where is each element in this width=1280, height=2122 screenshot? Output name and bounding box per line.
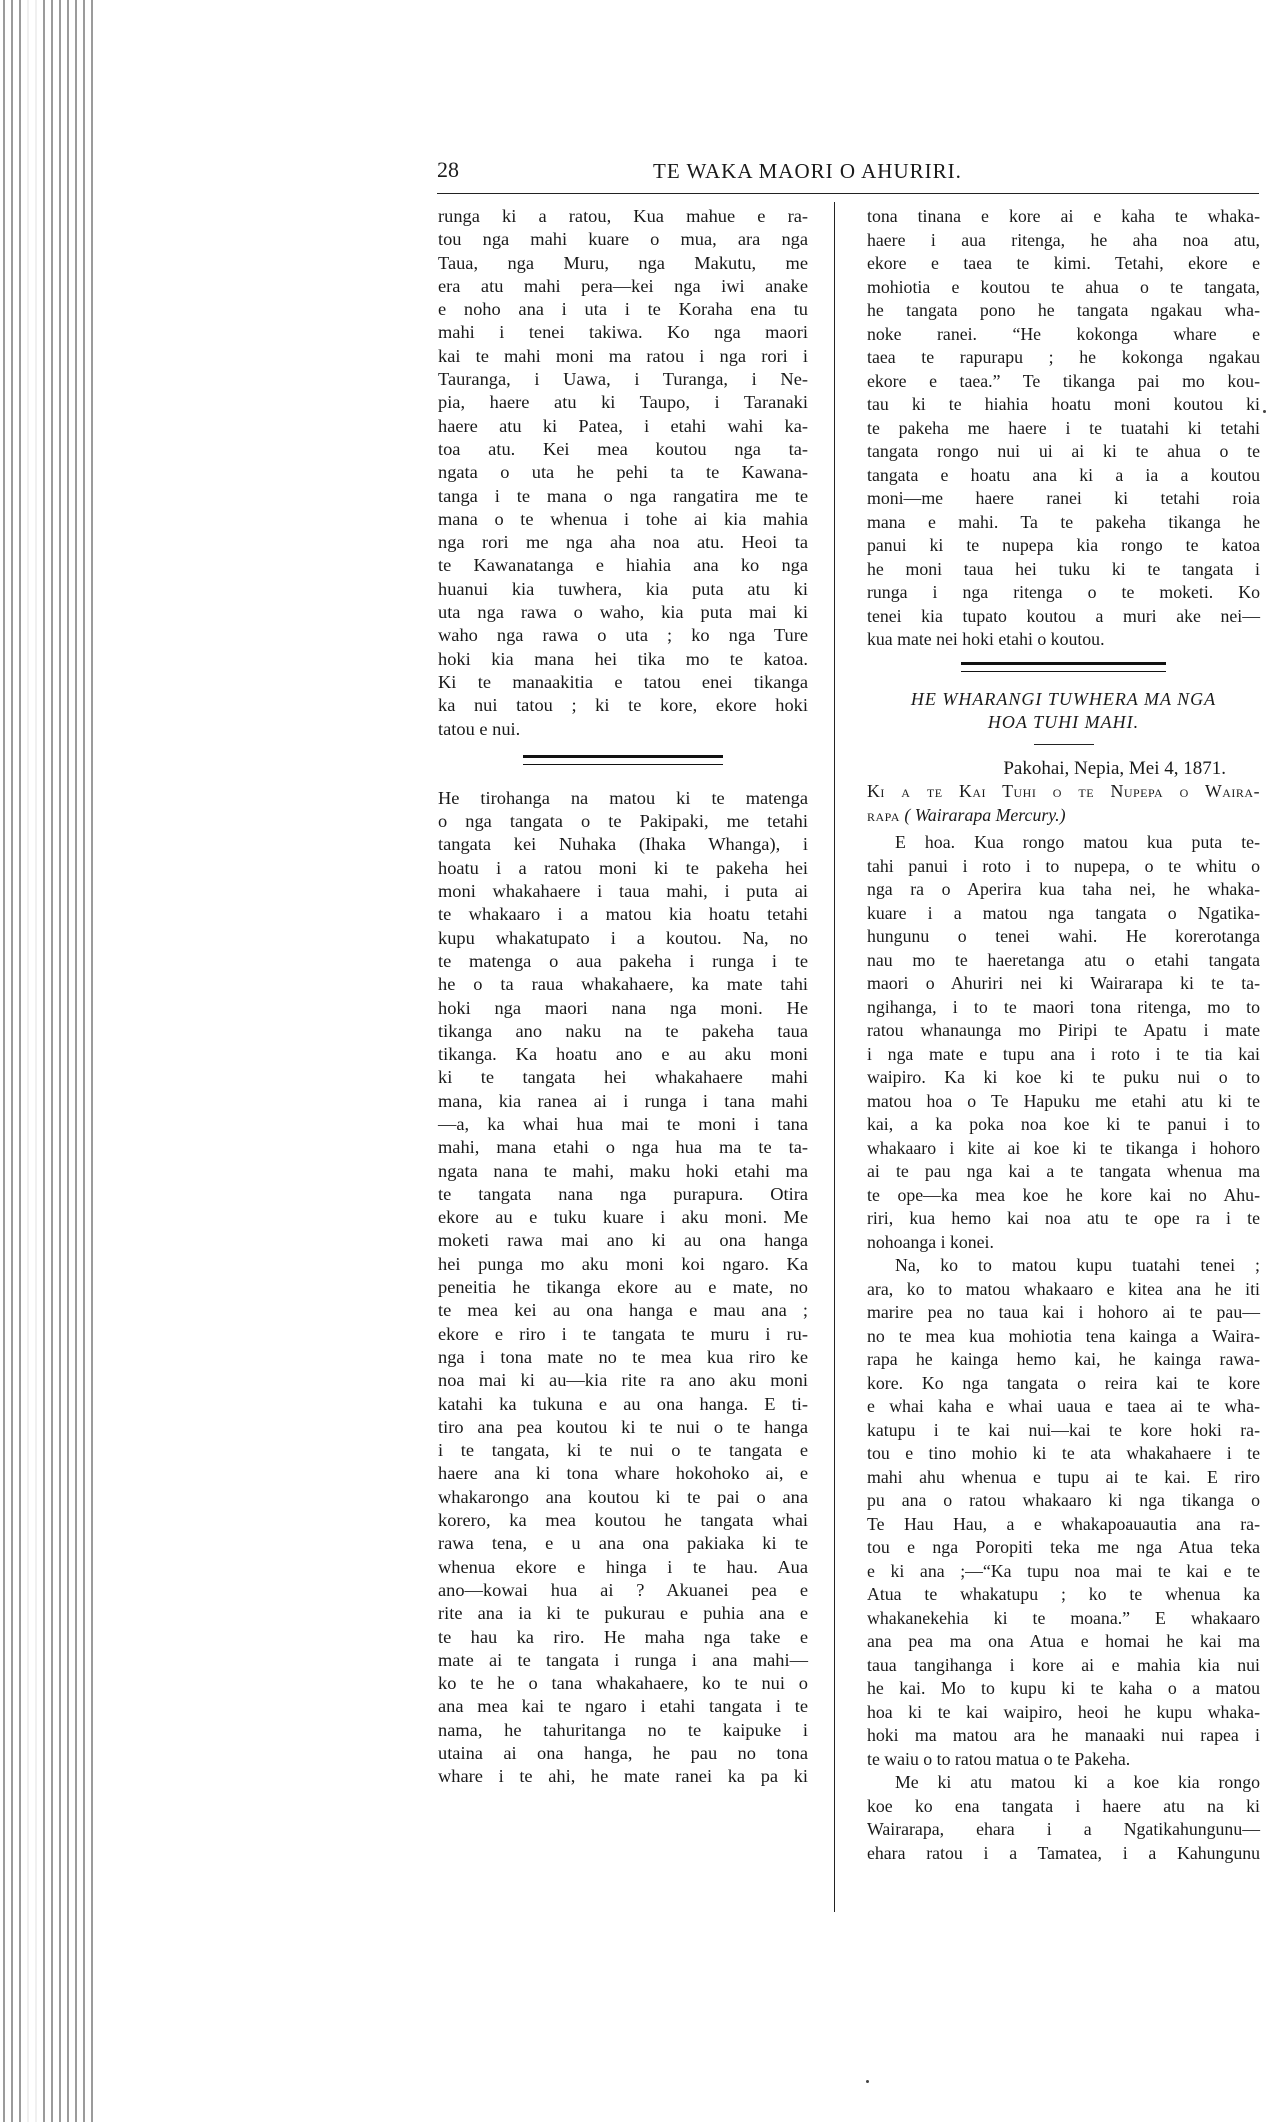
text-line: whakarongo ana koutou ki te pai o ana [438,1486,808,1509]
text-line: hoa ki te kai waipiro, heoi he kupu whak… [867,1701,1260,1725]
text-line: tangata rongo nui ui ai ki te ahua o te [867,440,1260,464]
text-line: ai te pau nga kai a te tangata whenua ma [867,1160,1260,1184]
text-line: runga ki a ratou, Kua mahue e ra- [438,205,808,228]
text-line: ratou whanaunga mo Piripi te Apatu i mat… [867,1019,1260,1043]
text-line: mate ai te tangata i runga i ana mahi— [438,1649,808,1672]
text-line: tikanga ano naku na te pakeha taua [438,1020,808,1043]
text-line: te waiu o to ratou matua o te Pakeha. [867,1748,1260,1772]
text-line: whakanekehia ki te moana.” E whakaaro [867,1607,1260,1631]
text-line: he kai. Mo to kupu ki te kaha o a matou [867,1677,1260,1701]
text-line: te pakeha me haere i te tuatahi ki tetah… [867,417,1260,441]
text-line: korero, ka mea koutou he tangata whai [438,1509,808,1532]
text-line: pia, haere atu ki Taupo, i Taranaki [438,391,808,414]
text-line: tahi panui i roto i to nupepa, o te whit… [867,855,1260,879]
text-line: kuare i a matou nga tangata o Ngatika- [867,902,1260,926]
text-line: E hoa. Kua rongo matou kua puta te- [867,831,1260,855]
article-separator [961,662,1166,672]
text-line: nga rori me nga aha noa atu. Heoi ta [438,531,808,554]
text-line: ekore e taea.” Te tikanga pai mo kou- [867,370,1260,394]
text-line: ngata nana te mahi, maku hoki etahi ma [438,1160,808,1183]
text-line: runga i nga ritenga o te moketi. Ko [867,581,1260,605]
text-line: moni—me haere ranei ki tetahi roia [867,487,1260,511]
article-roads: runga ki a ratou, Kua mahue e ra-tou nga… [438,205,808,741]
address-caps: rapa [867,805,900,825]
text-line: ana pea ma ona Atua e homai he kai ma [867,1630,1260,1654]
letter-paragraph-2: Na, ko to matou kupu tuatahi tenei ;ara,… [867,1254,1260,1771]
text-line: kai, a ka poka noa koe ki te panui i to [867,1113,1260,1137]
text-line: Tauranga, i Uawa, i Turanga, i Ne- [438,368,808,391]
letter-address-line-2: rapa ( Wairarapa Mercury.) [867,804,1260,828]
text-line: matou hoa o Te Hapuku me etahi atu ki te [867,1090,1260,1114]
text-line: mana, kia ranea ai i runga i tana mahi [438,1090,808,1113]
letter-paragraph-3: Me ki atu matou ki a koe kia rongokoe ko… [867,1771,1260,1865]
text-line: Na, ko to matou kupu tuatahi tenei ; [867,1254,1260,1278]
text-line: o nga tangata o te Pakipaki, me tetahi [438,810,808,833]
text-line: mahi, mana etahi o nga hua ma te ta- [438,1136,808,1159]
text-line: nga ra o Aperira kua taha nei, he whaka- [867,878,1260,902]
text-line: nohoanga i konei. [867,1231,1260,1255]
text-line: haere i aua ritenga, he aha noa atu, [867,229,1260,253]
text-line: tatou e nui. [438,718,808,741]
text-line: kai te mahi moni ma ratou i nga rori i [438,345,808,368]
text-line: te mea kei au ona hanga e mau ana ; [438,1299,808,1322]
text-line: panui ki te nupepa kia rongo te katoa [867,534,1260,558]
text-line: hoki ma matou ara he manaaki nui rapea i [867,1724,1260,1748]
text-line: tou nga mahi kuare o mua, ara nga [438,228,808,251]
text-line: marire pea no taua kai i hohoro ai te pa… [867,1301,1260,1325]
text-line: te matenga o aua pakeha i runga i te [438,950,808,973]
column-divider [834,202,835,1912]
text-line: moketi rawa mai ano ki au ona hanga [438,1229,808,1252]
text-line: kore. Ko nga tangata o reira kai te kore [867,1372,1260,1396]
text-line: Me ki atu matou ki a koe kia rongo [867,1771,1260,1795]
text-line: ngata o uta he pehi ta te Kawana- [438,461,808,484]
page-header: 28 TE WAKA MAORI O AHURIRI. [437,157,1259,197]
article-separator [523,755,723,765]
text-line: ehara ratou i a Tamatea, i a Kahungunu [867,1842,1260,1866]
left-column: runga ki a ratou, Kua mahue e ra-tou nga… [438,205,808,1789]
text-line: Te Hau Hau, a e whakapoauautia ana ra- [867,1513,1260,1537]
text-line: no te mea kua mohiotia tena kainga a Wai… [867,1325,1260,1349]
text-line: hungunu o tenei wahi. He korerotanga [867,925,1260,949]
text-line: mana e mahi. Ta te pakeha tikanga he [867,511,1260,535]
text-line: katupu i te kai nui—kai te kore hoki ra- [867,1419,1260,1443]
text-line: i te tangata, ki te nui o te tangata e [438,1439,808,1462]
text-line: Atua te whakatupu ; ko te whenua ka [867,1583,1260,1607]
text-line: e noho ana i uta i te Koraha ena tu [438,298,808,321]
text-line: mahi ahu whenua e tupu ai te kai. E riro [867,1466,1260,1490]
text-line: noke ranei. “He kokonga whare e [867,323,1260,347]
text-line: te whakaaro i a matou kia hoatu tetahi [438,903,808,926]
text-line: tou e nga Poropiti teka me nga Atua teka [867,1536,1260,1560]
text-line: ara, ko to matou whakaaro e kitea ana he… [867,1278,1260,1302]
text-line: mana o te whenua i tohe ai kia mahia [438,508,808,531]
text-line: uta nga rawa o waho, kia puta mai ki [438,601,808,624]
text-line: hei punga mo aku moni koi ngaro. Ka [438,1253,808,1276]
text-line: ekore au e tuku kuare i aku moni. Me [438,1206,808,1229]
text-line: Wairarapa, ehara i a Ngatikahungunu— [867,1818,1260,1842]
text-line: peneitia he tikanga ekore au e mate, no [438,1276,808,1299]
text-line: whare i te ahi, he mate ranei ka pa ki [438,1765,808,1788]
text-line: haere ana ki tona whare hokohoko ai, e [438,1462,808,1485]
text-line: he o ta raua whakahaere, ka mate tahi [438,973,808,996]
text-line: te Kawanatanga e hiahia ana ko nga [438,554,808,577]
text-line: nama, he tahuritanga no te kaipuke i [438,1719,808,1742]
heading-line-1: HE WHARANGI TUWHERA MA NGA [867,688,1260,711]
letters-section-heading: HE WHARANGI TUWHERA MA NGA HOA TUHI MAHI… [867,688,1260,734]
text-line: ka nui tatou ; ki te kore, ekore hoki [438,694,808,717]
article-money-warning-continued: tona tinana e kore ai e kaha te whaka-ha… [867,205,1260,652]
text-line: toa atu. Kei mea koutou nga ta- [438,438,808,461]
text-line: tenei kia tupato koutou a muri ake nei— [867,605,1260,629]
text-line: he moni taua hei tuku ki te tangata i [867,558,1260,582]
letter-paragraph-1: E hoa. Kua rongo matou kua puta te-tahi … [867,831,1260,1254]
text-line: Ki te manaakitia e tatou enei tikanga [438,671,808,694]
print-speck [1263,410,1266,413]
text-line: nau mo te haeretanga atu o etahi tangata [867,949,1260,973]
text-line: whenua ekore e hinga i te hau. Aua [438,1556,808,1579]
text-line: rite ana ia ki te pukurau e puhia ana e [438,1602,808,1625]
text-line: te ope—ka mea koe he kore kai no Ahu- [867,1184,1260,1208]
text-line: era atu mahi pera—kei nga iwi anake [438,275,808,298]
text-line: e ki ana ;—“Ka tupu noa mai te kai e te [867,1560,1260,1584]
text-line: te tangata nana nga purapura. Otira [438,1183,808,1206]
text-line: pu ana o ratou whakaaro ki nga tikanga o [867,1489,1260,1513]
text-line: haere atu ki Patea, i etahi wahi ka- [438,415,808,438]
scanned-page-edge [0,0,95,2122]
text-line: He tirohanga na matou ki te matenga [438,787,808,810]
address-italic: ( Wairarapa Mercury.) [904,805,1065,825]
text-line: riri, kua hemo kai noa atu te ope ra i t… [867,1207,1260,1231]
text-line: kua mate nei hoki etahi o koutou. [867,628,1260,652]
text-line: rawa tena, e u ana ona pakiaka ki te [438,1532,808,1555]
text-line: e whai kaha e whai uaua e taea ai te wha… [867,1395,1260,1419]
text-line: waipiro. Ka ki koe ki te puku nui o to [867,1066,1260,1090]
text-line: hoki kia mana hei tika mo te katoa. [438,648,808,671]
text-line: noa mai ki au—kia rite ra ano aku moni [438,1369,808,1392]
text-line: whakaaro i kite ai koe ki te tikanga i h… [867,1137,1260,1161]
page-number: 28 [437,157,459,183]
text-line: moni whakahaere i taua mahi, i puta ai [438,880,808,903]
text-line: hoatu i a ratou moni ki te pakeha hei [438,857,808,880]
text-line: tou e tino mohio ki te ata whakahaere i … [867,1442,1260,1466]
article-money-warning: He tirohanga na matou ki te matengao nga… [438,787,808,1789]
text-line: ko te he o tana whakahaere, ko te nui o [438,1672,808,1695]
header-rule [437,193,1259,194]
text-line: ngihanga, i to te maori tona ritenga, mo… [867,996,1260,1020]
heading-line-2: HOA TUHI MAHI. [867,711,1260,734]
heading-rule [1034,744,1094,745]
text-line: tangata e hoatu ana ki a ia a koutou [867,464,1260,488]
text-line: mohiotia e koutou te ahua o te tangata, [867,276,1260,300]
text-line: koe ko ena tangata i haere atu na ki [867,1795,1260,1819]
text-line: he tangata pono he tangata ngakau wha- [867,299,1260,323]
letter-dateline: Pakohai, Nepia, Mei 4, 1871. [867,757,1260,781]
text-line: katahi ka tukuna e au ona hanga. E ti- [438,1393,808,1416]
text-line: nga i tona mate no te mea kua riro ke [438,1346,808,1369]
masthead-title: TE WAKA MAORI O AHURIRI. [653,159,962,184]
text-line: tiro ana pea koutou ki te nui o te hanga [438,1416,808,1439]
text-line: taea te rapurapu ; he kokonga ngakau [867,346,1260,370]
text-line: tau ki te hiahia hoatu moni koutou ki [867,393,1260,417]
text-line: —a, ka whai hua mai te moni i tana [438,1113,808,1136]
text-line: tanga i te mana o nga rangatira me te [438,485,808,508]
text-line: mahi i tenei takiwa. Ko nga maori [438,321,808,344]
text-line: Taua, nga Muru, nga Makutu, me [438,252,808,275]
text-line: taua tangihanga i kore ai e mahia kia nu… [867,1654,1260,1678]
text-line: ana mea kai te ngaro i etahi tangata i t… [438,1695,808,1718]
text-line: rapa he kainga hemo kai, he kainga rawa- [867,1348,1260,1372]
text-line: te hau ka riro. He maha nga take e [438,1626,808,1649]
text-line: ki te tangata hei whakahaere mahi [438,1066,808,1089]
right-column: tona tinana e kore ai e kaha te whaka-ha… [867,205,1260,1865]
text-line: ekore e taea te kimi. Tetahi, ekore e [867,252,1260,276]
text-line: kupu whakatupato i a koutou. Na, no [438,927,808,950]
text-line: hoki nga maori nana nga moni. He [438,997,808,1020]
text-line: tikanga. Ka hoatu ano e au aku moni [438,1043,808,1066]
text-line: utaina ai ona hanga, he pau no tona [438,1742,808,1765]
text-line: tangata kei Nuhaka (Ihaka Whanga), i [438,833,808,856]
text-line: huanui kia tuwhera, kia puta atu ki [438,578,808,601]
text-line: waho nga rawa o uta ; ko nga Ture [438,624,808,647]
text-line: ekore e riro i te tangata te muru i ru- [438,1323,808,1346]
letter-address-line-1: Ki a te Kai Tuhi o te Nupepa o Waira- [867,780,1260,804]
text-line: i nga mate e tupu ana i roto i te tia ka… [867,1043,1260,1067]
text-line: maori o Ahuriri nei ki Wairarapa ki te t… [867,972,1260,996]
print-speck [866,2080,869,2083]
text-line: ano—kowai hua ai ? Akuanei pea e [438,1579,808,1602]
text-line: tona tinana e kore ai e kaha te whaka- [867,205,1260,229]
